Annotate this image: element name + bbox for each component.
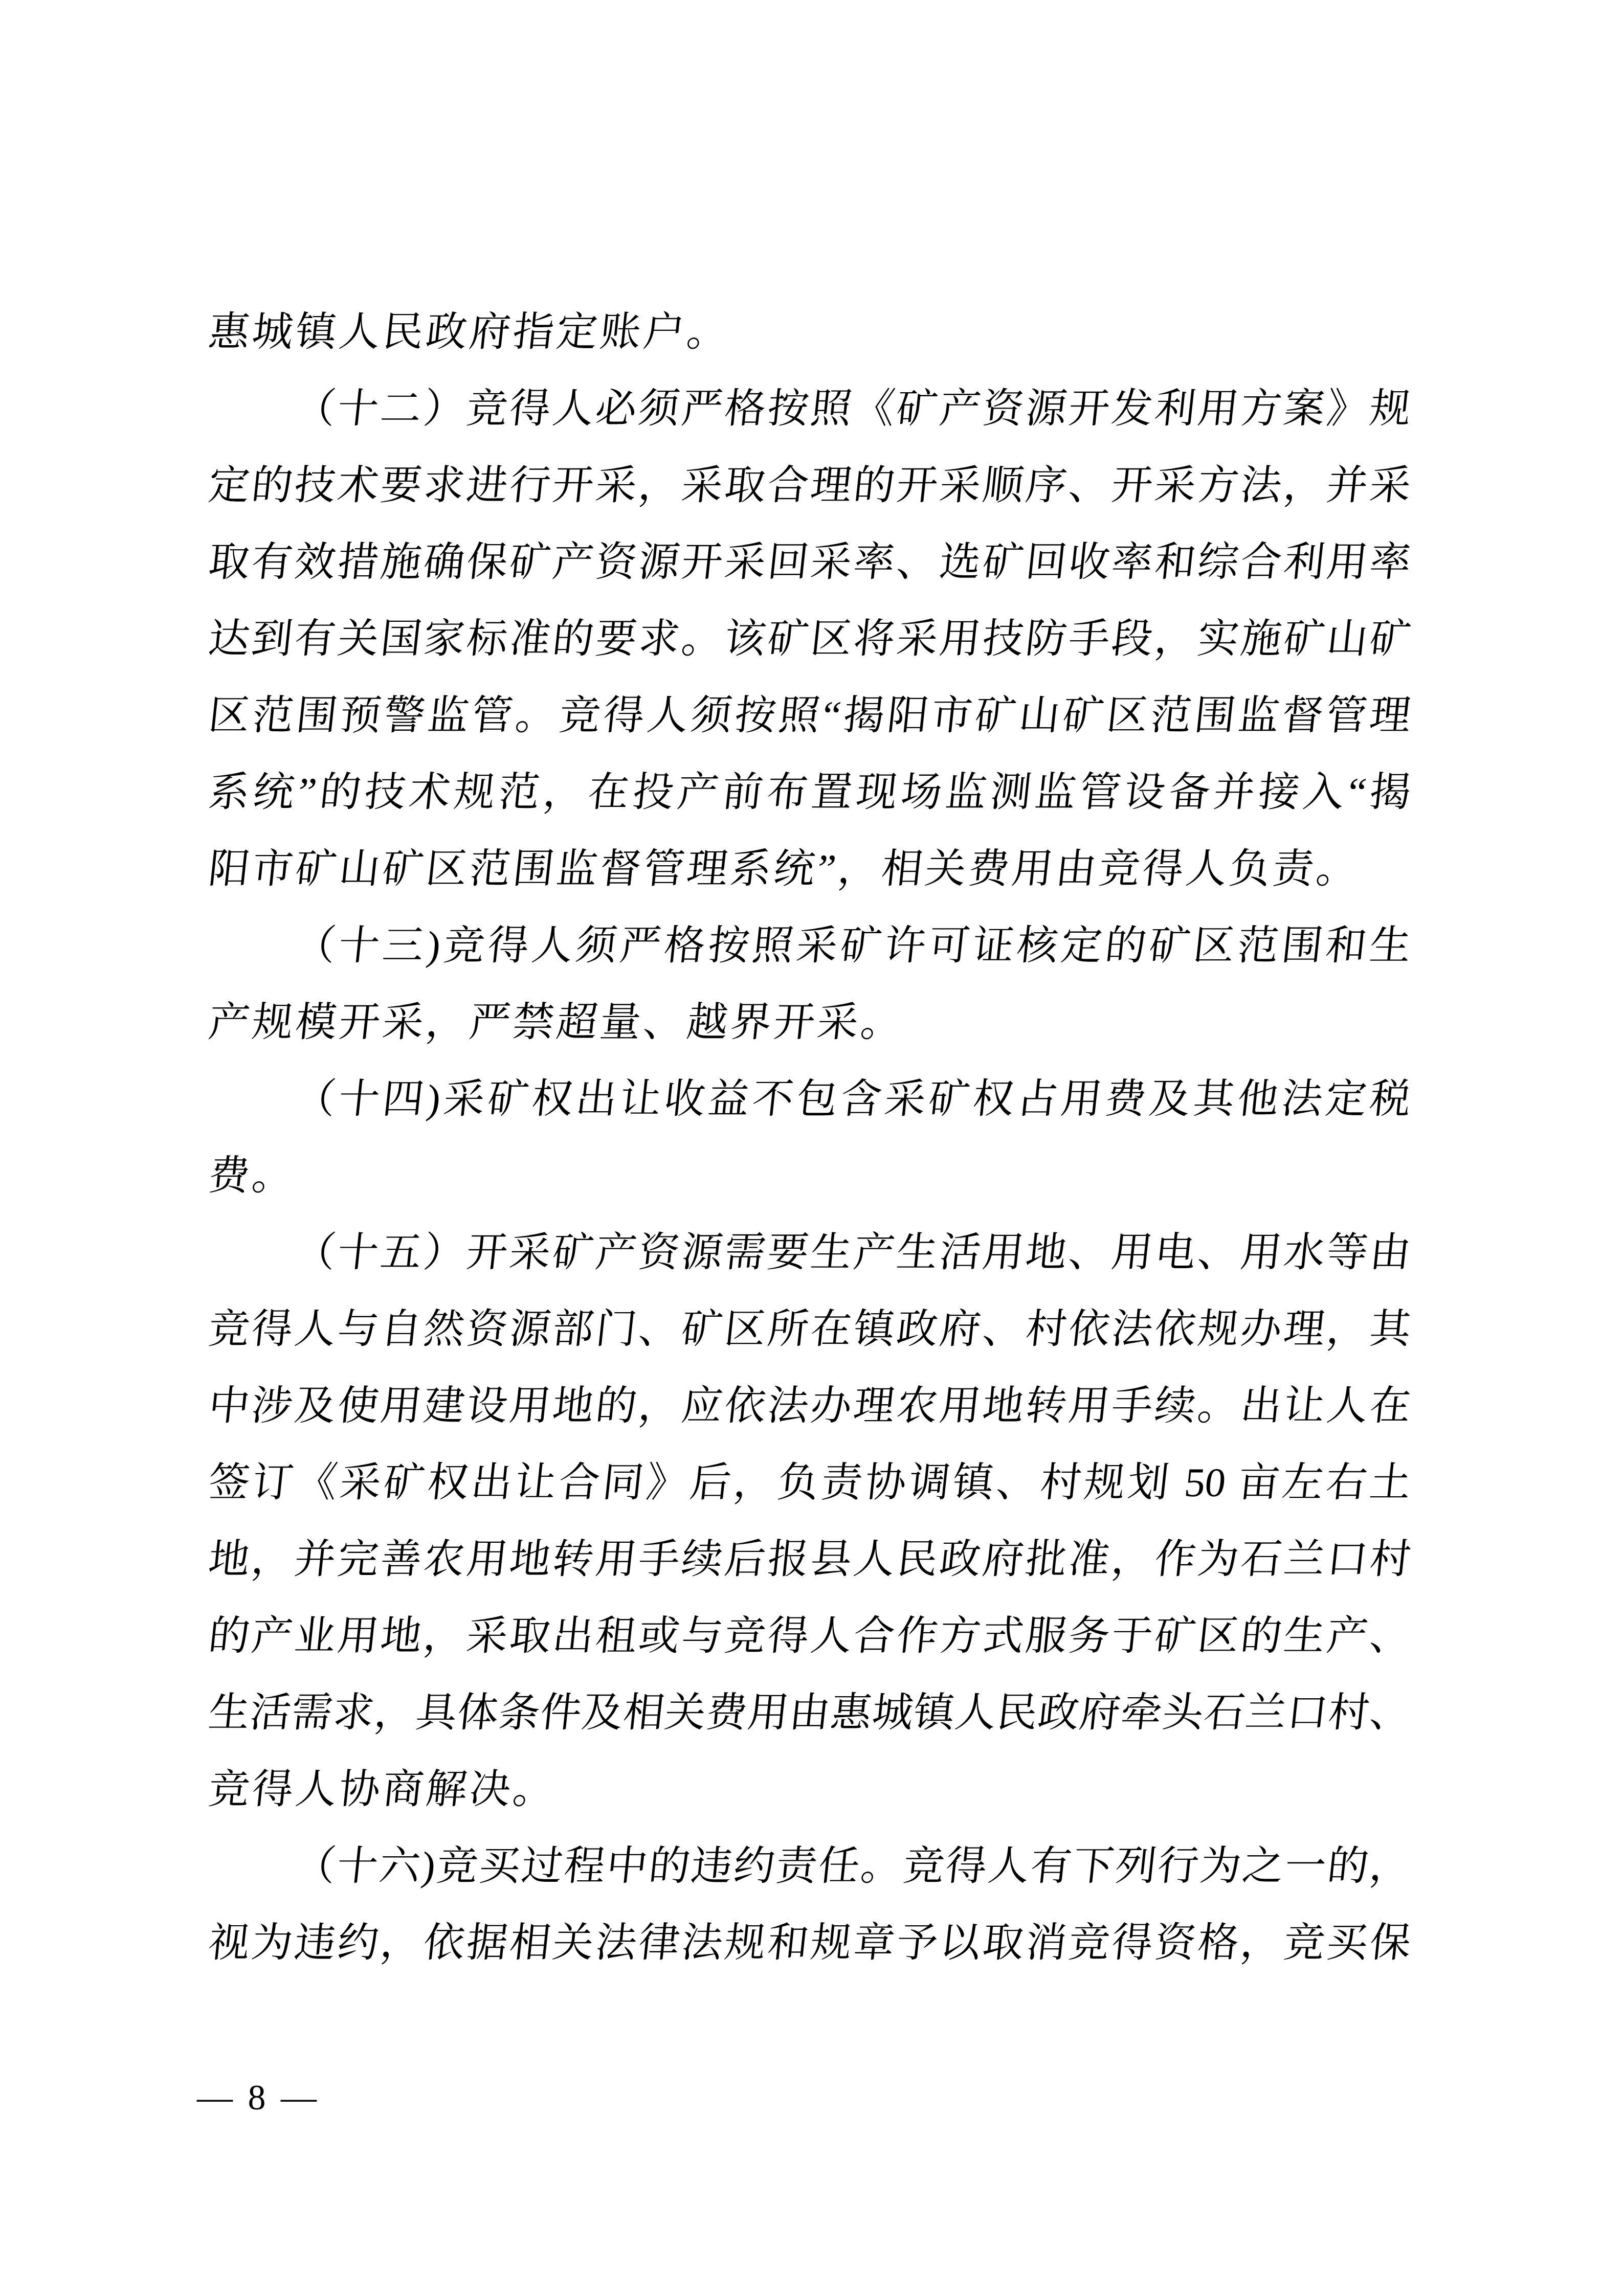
text-line: 的产业用地，采取出租或与竞得人合作方式服务于矿区的生产、 [205,1598,1415,1675]
text-line: 费。 [205,1138,1415,1214]
text-line: 产规模开采，严禁超量、越界开采。 [205,984,1415,1061]
page-number: — 8 — [197,2078,320,2118]
text-line: （十六)竞买过程中的违约责任。竞得人有下列行为之一的， [205,1828,1415,1905]
text-line: 生活需求，具体条件及相关费用由惠城镇人民政府牵头石兰口村、 [205,1675,1415,1751]
text-line: 中涉及使用建设用地的，应依法办理农用地转用手续。出让人在 [205,1368,1415,1445]
text-line: （十三)竞得人须严格按照采矿许可证核定的矿区范围和生 [205,908,1415,984]
text-line: 惠城镇人民政府指定账户。 [205,294,1415,371]
text-line: 竞得人协商解决。 [205,1751,1415,1828]
page-footer: — 8 — [197,2070,320,2126]
text-line: 达到有关国家标准的要求。该矿区将采用技防手段，实施矿山矿 [205,601,1415,678]
text-line: 签订《采矿权出让合同》后，负责协调镇、村规划 50 亩左右土 [205,1445,1415,1521]
text-line: （十四)采矿权出让收益不包含采矿权占用费及其他法定税 [205,1061,1415,1138]
document-page: 惠城镇人民政府指定账户。（十二）竞得人必须严格按照《矿产资源开发利用方案》规定的… [0,0,1624,2296]
text-line: 取有效措施确保矿产资源开采回采率、选矿回收率和综合利用率 [205,524,1415,601]
text-line: （十五）开采矿产资源需要生产生活用地、用电、用水等由 [205,1214,1415,1291]
text-line: （十二）竞得人必须严格按照《矿产资源开发利用方案》规 [205,371,1415,447]
document-body: 惠城镇人民政府指定账户。（十二）竞得人必须严格按照《矿产资源开发利用方案》规定的… [205,294,1407,1982]
text-line: 视为违约，依据相关法律法规和规章予以取消竞得资格，竞买保 [205,1905,1415,1982]
text-line: 地，并完善农用地转用手续后报县人民政府批准，作为石兰口村 [205,1521,1415,1598]
text-line: 系统”的技术规范，在投产前布置现场监测监管设备并接入“揭 [205,754,1415,831]
text-line: 区范围预警监管。竞得人须按照“揭阳市矿山矿区范围监督管理 [205,678,1415,754]
text-line: 竞得人与自然资源部门、矿区所在镇政府、村依法依规办理，其 [205,1291,1415,1368]
text-line: 定的技术要求进行开采，采取合理的开采顺序、开采方法，并采 [205,447,1415,524]
text-line: 阳市矿山矿区范围监督管理系统”，相关费用由竞得人负责。 [205,831,1415,908]
